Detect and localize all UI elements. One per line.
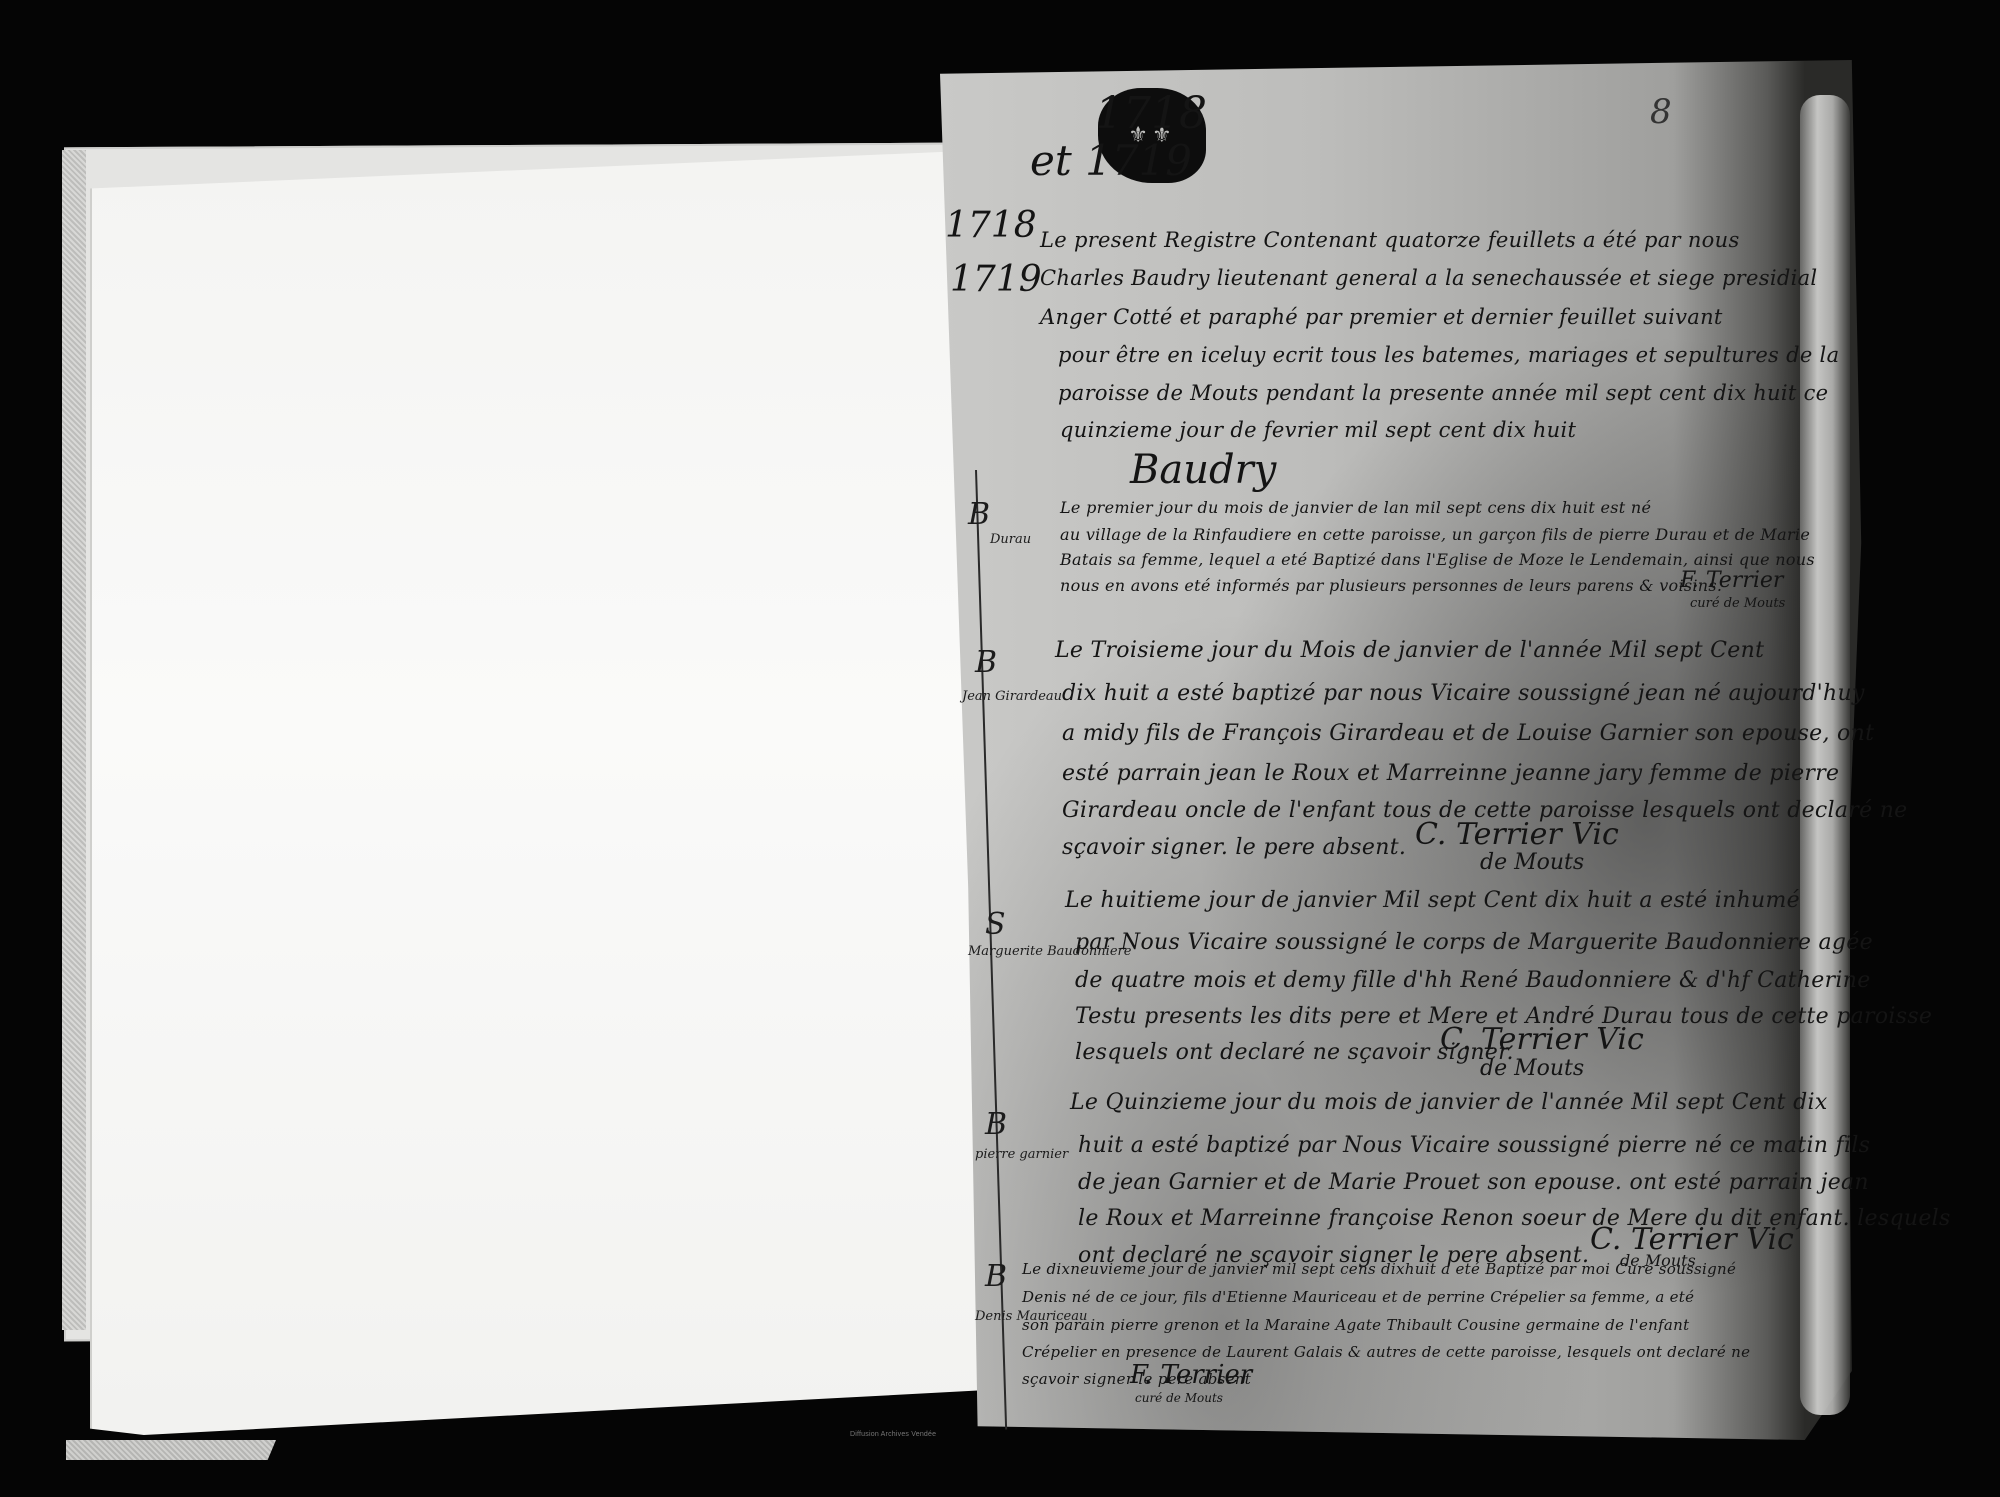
entry-signature-sub: curé de Mouts xyxy=(1690,597,1785,610)
margin-year-2: 1719 xyxy=(950,262,1042,298)
preamble-line: Anger Cotté et paraphé par premier et de… xyxy=(1040,307,1723,328)
margin-letter: B xyxy=(985,1110,1007,1140)
margin-letter: S xyxy=(985,910,1006,940)
year-heading: 1718 xyxy=(1095,92,1207,136)
entry-signature: F. Terrier xyxy=(1130,1362,1252,1388)
year-heading-second: et 1719 xyxy=(1030,140,1192,182)
preamble-line: paroisse de Mouts pendant la presente an… xyxy=(1058,383,1828,404)
binding-strip xyxy=(62,150,86,1330)
entry-signature-sub: de Mouts xyxy=(1480,852,1584,874)
entry-line: Batais sa femme, lequel a eté Baptizé da… xyxy=(1060,552,1815,568)
entry-line: Le dixneuvieme jour de janvier mil sept … xyxy=(1022,1262,1736,1277)
binding-corner xyxy=(66,1440,276,1460)
preamble-line: quinzieme jour de fevrier mil sept cent … xyxy=(1060,420,1576,441)
margin-letter: B xyxy=(985,1262,1007,1292)
entry-line: Le Quinzieme jour du mois de janvier de … xyxy=(1070,1092,1828,1114)
entry-line: Denis né de ce jour, fils d'Etienne Maur… xyxy=(1022,1290,1694,1305)
margin-letter: B xyxy=(975,648,997,678)
entry-line: huit a esté baptizé par Nous Vicaire sou… xyxy=(1078,1135,1870,1157)
entry-line: nous en avons eté informés par plusieurs… xyxy=(1060,578,1722,594)
preamble-line: Le present Registre Contenant quatorze f… xyxy=(1040,230,1740,251)
entry-line: le Roux et Marreinne françoise Renon soe… xyxy=(1078,1208,1951,1230)
entry-line: Le Troisieme jour du Mois de janvier de … xyxy=(1055,640,1764,662)
entry-line: de quatre mois et demy fille d'hh René B… xyxy=(1075,970,1871,992)
entry-line: par Nous Vicaire soussigné le corps de M… xyxy=(1075,932,1873,954)
margin-name: Durau xyxy=(990,533,1031,546)
margin-letter: B xyxy=(968,500,990,530)
entry-line: Le huitieme jour de janvier Mil sept Cen… xyxy=(1065,890,1800,912)
preamble-line: Charles Baudry lieutenant general a la s… xyxy=(1040,268,1817,289)
margin-name: Jean Girardeau xyxy=(962,690,1062,703)
blank-left-page xyxy=(90,150,987,1435)
entry-signature: C. Terrier Vic xyxy=(1440,1025,1644,1055)
entry-line: de jean Garnier et de Marie Prouet son e… xyxy=(1078,1172,1869,1194)
entry-line: dix huit a esté baptizé par nous Vicaire… xyxy=(1062,683,1865,705)
margin-year-1: 1718 xyxy=(945,208,1037,244)
entry-line: Le premier jour du mois de janvier de la… xyxy=(1060,500,1651,516)
margin-name: pierre garnier xyxy=(975,1148,1068,1161)
corner-mark: 8 xyxy=(1650,95,1672,129)
entry-line: sçavoir signer. le pere absent. xyxy=(1062,837,1406,859)
archive-stamp: Diffusion Archives Vendée xyxy=(850,1431,936,1438)
entry-line: a midy fils de François Girardeau et de … xyxy=(1062,723,1874,745)
preamble-line: pour être en iceluy ecrit tous les batem… xyxy=(1058,345,1839,366)
entry-signature: F. Terrier xyxy=(1680,570,1783,592)
entry-signature-sub: de Mouts xyxy=(1480,1058,1584,1080)
entry-line: esté parrain jean le Roux et Marreinne j… xyxy=(1062,763,1839,785)
entry-line: au village de la Rinfaudiere en cette pa… xyxy=(1060,527,1810,543)
entry-line: Crépelier en presence de Laurent Galais … xyxy=(1022,1345,1750,1360)
entry-signature-sub: curé de Mouts xyxy=(1135,1392,1223,1404)
entry-signature: C. Terrier Vic xyxy=(1415,820,1619,850)
signature-baudry: Baudry xyxy=(1130,450,1276,490)
entry-line: son parain pierre grenon et la Maraine A… xyxy=(1022,1318,1689,1333)
document-scan: Diffusion Archives Vendée ⚜⚜ 1718 et 171… xyxy=(0,0,2000,1497)
